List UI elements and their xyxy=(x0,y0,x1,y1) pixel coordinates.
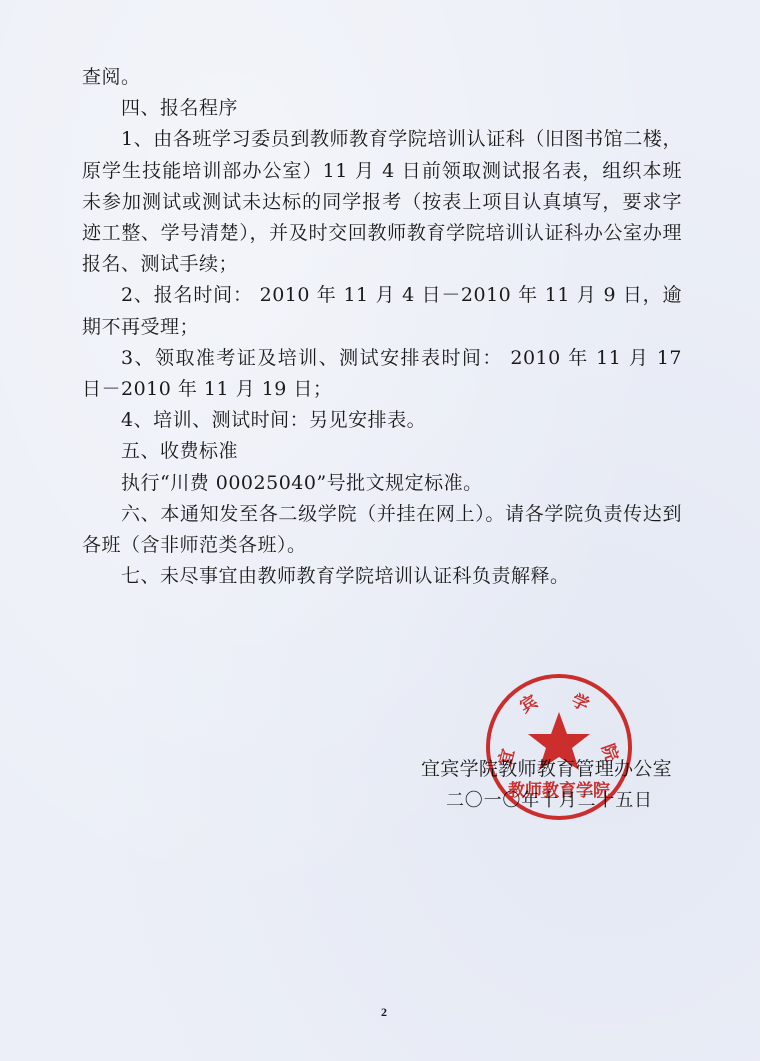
svg-text:院: 院 xyxy=(597,741,623,764)
paragraph-admission-ticket-time: 3、领取准考证及培训、测试安排表时间： 2010 年 11 月 17 日－201… xyxy=(82,343,682,405)
paragraph-interpretation: 七、未尽事宜由教师教育学院培训认证科负责解释。 xyxy=(82,561,682,592)
document-body: 查阅。 四、报名程序 1、由各班学习委员到教师教育学院培训认证科（旧图书馆二楼，… xyxy=(82,62,682,592)
star-icon xyxy=(528,712,590,770)
svg-text:教师教育学院: 教师教育学院 xyxy=(508,780,610,801)
paragraph-training-time: 4、培训、测试时间：另见安排表。 xyxy=(82,405,682,436)
official-seal-stamp: 宜 宾 学 院 教师教育学院 xyxy=(484,672,634,822)
svg-text:学: 学 xyxy=(568,690,592,716)
paragraph-continuation: 查阅。 xyxy=(82,62,682,93)
page-number: 2 xyxy=(381,1005,387,1020)
section-heading-fees: 五、收费标准 xyxy=(82,436,682,467)
svg-text:宾: 宾 xyxy=(516,691,541,718)
svg-text:宜: 宜 xyxy=(494,747,519,769)
paragraph-registration-time: 2、报名时间： 2010 年 11 月 4 日－2010 年 11 月 9 日，… xyxy=(82,280,682,342)
paragraph-distribution: 六、本通知发至各二级学院（并挂在网上）。请各学院负责传达到各班（含非师范类各班）… xyxy=(82,499,682,561)
paragraph-registration-step-1: 1、由各班学习委员到教师教育学院培训认证科（旧图书馆二楼，原学生技能培训部办公室… xyxy=(82,124,682,280)
section-heading-registration: 四、报名程序 xyxy=(82,93,682,124)
document-page: 查阅。 四、报名程序 1、由各班学习委员到教师教育学院培训认证科（旧图书馆二楼，… xyxy=(0,0,760,1061)
paragraph-fee-standard: 执行“川费 00025040”号批文规定标准。 xyxy=(82,468,682,499)
